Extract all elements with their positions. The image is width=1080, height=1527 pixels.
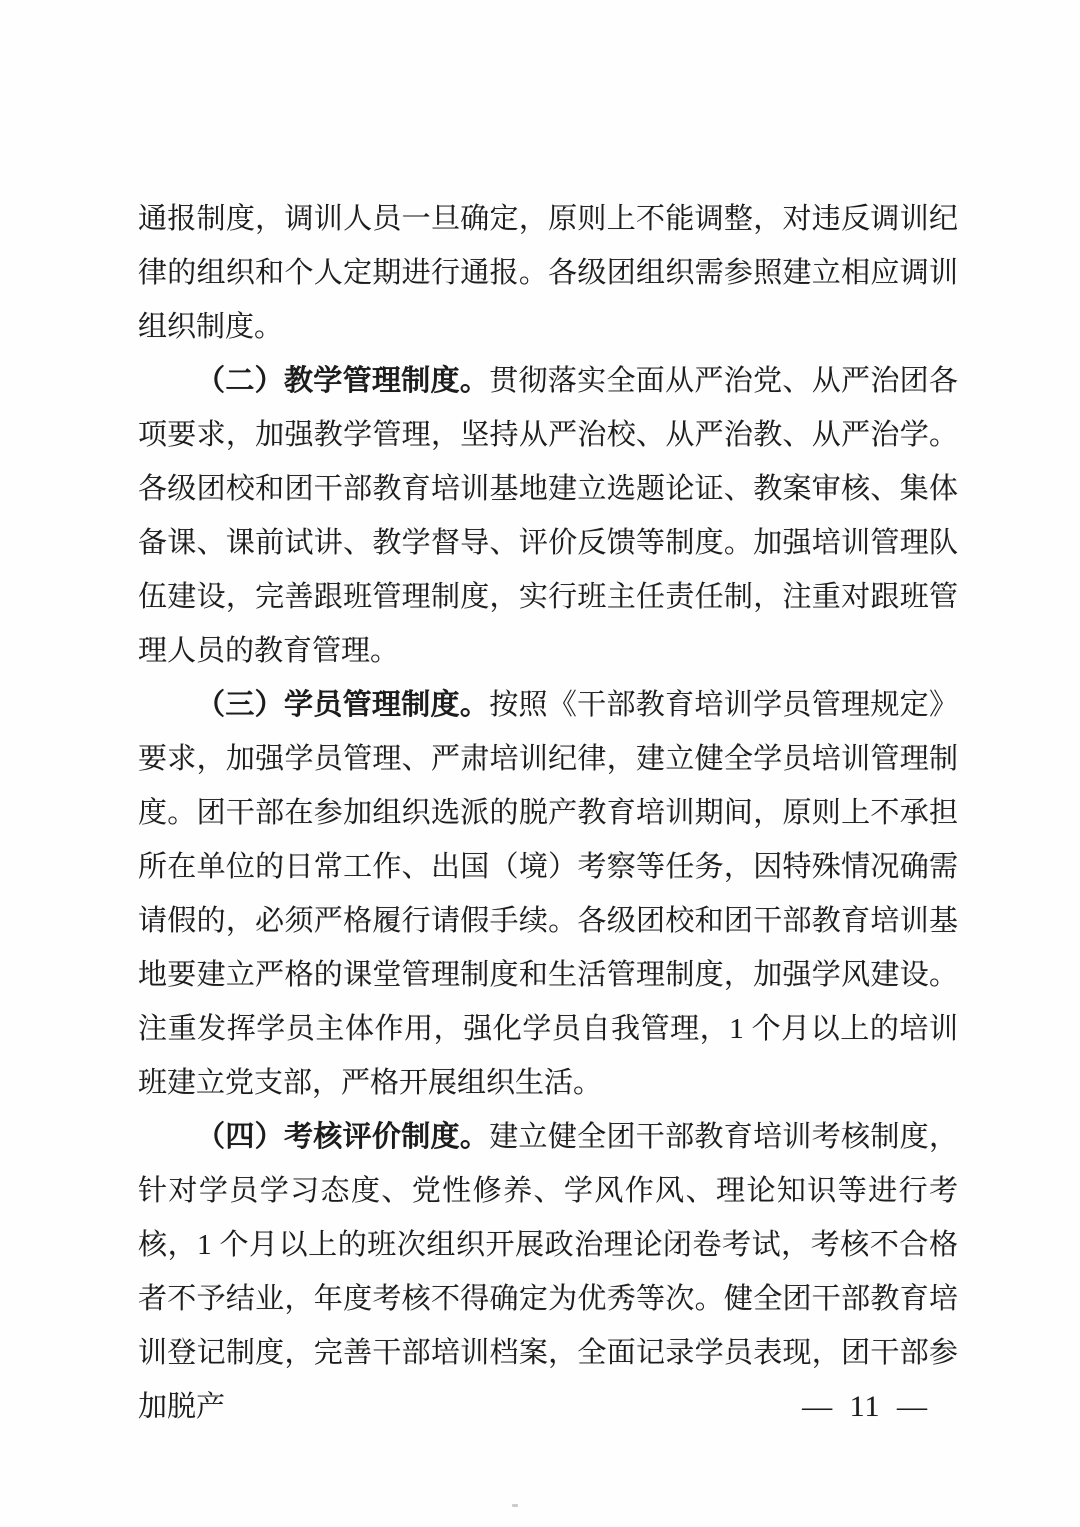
paragraph-text: 贯彻落实全面从严治党、从严治团各项要求，加强教学管理，坚持从严治校、从严治教、从… [138,365,958,667]
document-page: 通报制度，调训人员一旦确定，原则上不能调整，对违反调训纪律的组织和个人定期进行通… [0,0,1080,1527]
section-heading-trainee-management: （三）学员管理制度。 [196,689,489,721]
paragraph-section-3: （三）学员管理制度。按照《干部教育培训学员管理规定》要求，加强学员管理、严肃培训… [138,678,958,1110]
section-heading-assessment-evaluation: （四）考核评价制度。 [196,1121,489,1153]
paragraph-text: 通报制度，调训人员一旦确定，原则上不能调整，对违反调训纪律的组织和个人定期进行通… [138,203,958,343]
paragraph-continuation: 通报制度，调训人员一旦确定，原则上不能调整，对违反调训纪律的组织和个人定期进行通… [138,192,958,354]
section-heading-teaching-management: （二）教学管理制度。 [196,365,489,397]
page-number: — 11 — [802,1390,928,1424]
scan-artifact [512,1504,518,1507]
document-body: 通报制度，调训人员一旦确定，原则上不能调整，对违反调训纪律的组织和个人定期进行通… [138,192,958,1434]
paragraph-section-2: （二）教学管理制度。贯彻落实全面从严治党、从严治团各项要求，加强教学管理，坚持从… [138,354,958,678]
paragraph-section-4: （四）考核评价制度。建立健全团干部教育培训考核制度，针对学员学习态度、党性修养、… [138,1110,958,1434]
paragraph-text: 按照《干部教育培训学员管理规定》要求，加强学员管理、严肃培训纪律，建立健全学员培… [138,689,958,1099]
paragraph-text: 建立健全团干部教育培训考核制度，针对学员学习态度、党性修养、学风作风、理论知识等… [138,1121,958,1423]
